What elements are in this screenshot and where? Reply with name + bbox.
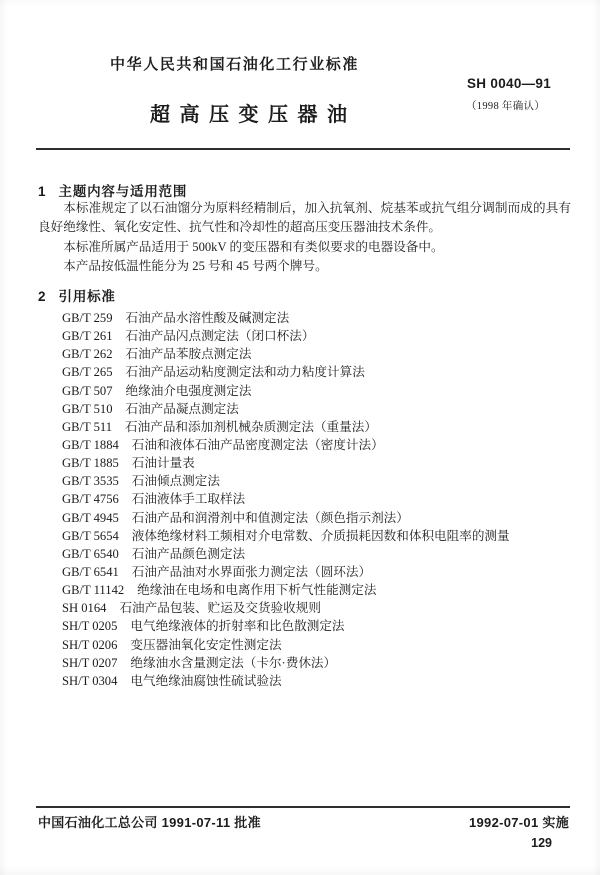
- reference-item: GB/T 6541石油产品油对水界面张力测定法（圆环法）: [62, 563, 510, 581]
- reference-item: GB/T 11142绝缘油在电场和电离作用下析气性能测定法: [62, 581, 510, 599]
- confirmation-note: （1998 年确认）: [466, 98, 545, 113]
- header-divider-rule: [36, 148, 570, 150]
- reference-item: GB/T 511石油产品和添加剂机械杂质测定法（重量法）: [62, 418, 510, 436]
- document-title: 超高压变压器油: [150, 98, 357, 127]
- reference-title: 液体绝缘材料工频相对介电常数、介质损耗因数和体积电阻率的测量: [132, 529, 510, 543]
- reference-code: SH 0164: [62, 599, 106, 617]
- paragraph-scope-1: 本标准规定了以石油馏分为原料经精制后，加入抗氧剂、烷基苯或抗气组分调制而成的具有…: [38, 199, 571, 238]
- reference-code: GB/T 1884: [62, 436, 119, 454]
- reference-code: GB/T 265: [62, 363, 113, 381]
- section-2-heading: 2引用标准: [38, 285, 116, 305]
- reference-title: 石油产品油对水界面张力测定法（圆环法）: [132, 565, 371, 579]
- reference-code: GB/T 507: [62, 382, 113, 400]
- reference-item: GB/T 4945石油产品和润滑剂中和值测定法（颜色指示剂法）: [62, 509, 510, 527]
- reference-title: 石油产品颜色测定法: [132, 547, 245, 561]
- footer-divider-rule: [36, 806, 570, 808]
- reference-item: GB/T 259石油产品水溶性酸及碱测定法: [62, 309, 510, 327]
- reference-code: GB/T 259: [62, 309, 113, 327]
- section-1-body: 本标准规定了以石油馏分为原料经精制后，加入抗氧剂、烷基苯或抗气组分调制而成的具有…: [38, 199, 571, 277]
- reference-code: GB/T 261: [62, 327, 113, 345]
- reference-item: GB/T 262石油产品苯胺点测定法: [62, 345, 510, 363]
- reference-code: GB/T 3535: [62, 472, 119, 490]
- reference-item: SH/T 0304电气绝缘油腐蚀性硫试验法: [62, 672, 510, 690]
- reference-title: 电气绝缘油腐蚀性硫试验法: [130, 674, 281, 688]
- reference-code: GB/T 6540: [62, 545, 119, 563]
- reference-code: GB/T 6541: [62, 563, 119, 581]
- standard-document-page: 中华人民共和国石油化工行业标准 SH 0040—91 （1998 年确认） 超高…: [0, 0, 600, 875]
- implementation-note: 1992-07-01 实施: [469, 812, 569, 831]
- reference-title: 石油产品水溶性酸及碱测定法: [126, 311, 290, 325]
- section-2-number: 2: [38, 289, 46, 304]
- reference-item: GB/T 4756石油液体手工取样法: [62, 490, 510, 508]
- reference-code: GB/T 4945: [62, 509, 119, 527]
- section-1-title: 主题内容与适用范围: [59, 184, 188, 199]
- reference-title: 绝缘油水含量测定法（卡尔·费休法）: [130, 656, 336, 670]
- reference-code: GB/T 511: [62, 418, 112, 436]
- reference-item: SH 0164石油产品包装、贮运及交货验收规则: [62, 599, 510, 617]
- reference-code: SH/T 0304: [62, 672, 117, 690]
- standard-number: SH 0040—91: [467, 76, 551, 91]
- paragraph-scope-3: 本产品按低温性能分为 25 号和 45 号两个牌号。: [38, 257, 571, 276]
- reference-item: GB/T 6540石油产品颜色测定法: [62, 545, 510, 563]
- reference-code: SH/T 0207: [62, 654, 117, 672]
- reference-title: 石油产品和添加剂机械杂质测定法（重量法）: [125, 420, 377, 434]
- reference-title: 石油倾点测定法: [132, 474, 220, 488]
- reference-code: GB/T 11142: [62, 581, 124, 599]
- section-1-heading: 1主题内容与适用范围: [38, 180, 187, 200]
- reference-title: 石油液体手工取样法: [132, 492, 245, 506]
- reference-code: SH/T 0206: [62, 636, 117, 654]
- approval-note: 中国石油化工总公司 1991-07-11 批准: [38, 812, 261, 831]
- section-2-title: 引用标准: [59, 289, 116, 304]
- reference-code: GB/T 4756: [62, 490, 119, 508]
- reference-code: GB/T 5654: [62, 527, 119, 545]
- reference-title: 石油产品闪点测定法（闭口杯法）: [126, 329, 315, 343]
- reference-title: 绝缘油介电强度测定法: [126, 384, 252, 398]
- reference-code: GB/T 1885: [62, 454, 119, 472]
- reference-code: GB/T 262: [62, 345, 113, 363]
- reference-title: 电气绝缘液体的折射率和比色散测定法: [130, 619, 344, 633]
- reference-item: GB/T 510石油产品凝点测定法: [62, 400, 510, 418]
- reference-item: SH/T 0207绝缘油水含量测定法（卡尔·费休法）: [62, 654, 510, 672]
- reference-title: 石油产品运动粘度测定法和动力粘度计算法: [126, 365, 365, 379]
- reference-title: 石油产品包装、贮运及交货验收规则: [119, 601, 321, 615]
- org-title: 中华人民共和国石油化工行业标准: [110, 53, 359, 74]
- reference-title: 变压器油氧化安定性测定法: [130, 638, 281, 652]
- reference-title: 石油计量表: [132, 456, 195, 470]
- reference-item: GB/T 265石油产品运动粘度测定法和动力粘度计算法: [62, 363, 510, 381]
- reference-title: 石油产品苯胺点测定法: [126, 347, 252, 361]
- reference-title: 石油产品凝点测定法: [126, 402, 239, 416]
- reference-item: GB/T 1885石油计量表: [62, 454, 510, 472]
- reference-item: GB/T 507绝缘油介电强度测定法: [62, 382, 510, 400]
- reference-title: 绝缘油在电场和电离作用下析气性能测定法: [137, 583, 376, 597]
- reference-item: GB/T 261石油产品闪点测定法（闭口杯法）: [62, 327, 510, 345]
- referenced-standards-list: GB/T 259石油产品水溶性酸及碱测定法 GB/T 261石油产品闪点测定法（…: [62, 309, 510, 690]
- reference-title: 石油和液体石油产品密度测定法（密度计法）: [132, 438, 384, 452]
- reference-code: GB/T 510: [62, 400, 113, 418]
- reference-code: SH/T 0205: [62, 617, 117, 635]
- paragraph-scope-2: 本标准所属产品适用于 500kV 的变压器和有类似要求的电器设备中。: [38, 238, 571, 257]
- section-1-number: 1: [38, 184, 46, 199]
- reference-item: SH/T 0206变压器油氧化安定性测定法: [62, 636, 510, 654]
- page-number: 129: [531, 836, 552, 850]
- reference-item: SH/T 0205电气绝缘液体的折射率和比色散测定法: [62, 617, 510, 635]
- reference-item: GB/T 1884石油和液体石油产品密度测定法（密度计法）: [62, 436, 510, 454]
- reference-item: GB/T 3535石油倾点测定法: [62, 472, 510, 490]
- reference-title: 石油产品和润滑剂中和值测定法（颜色指示剂法）: [132, 511, 409, 525]
- reference-item: GB/T 5654液体绝缘材料工频相对介电常数、介质损耗因数和体积电阻率的测量: [62, 527, 510, 545]
